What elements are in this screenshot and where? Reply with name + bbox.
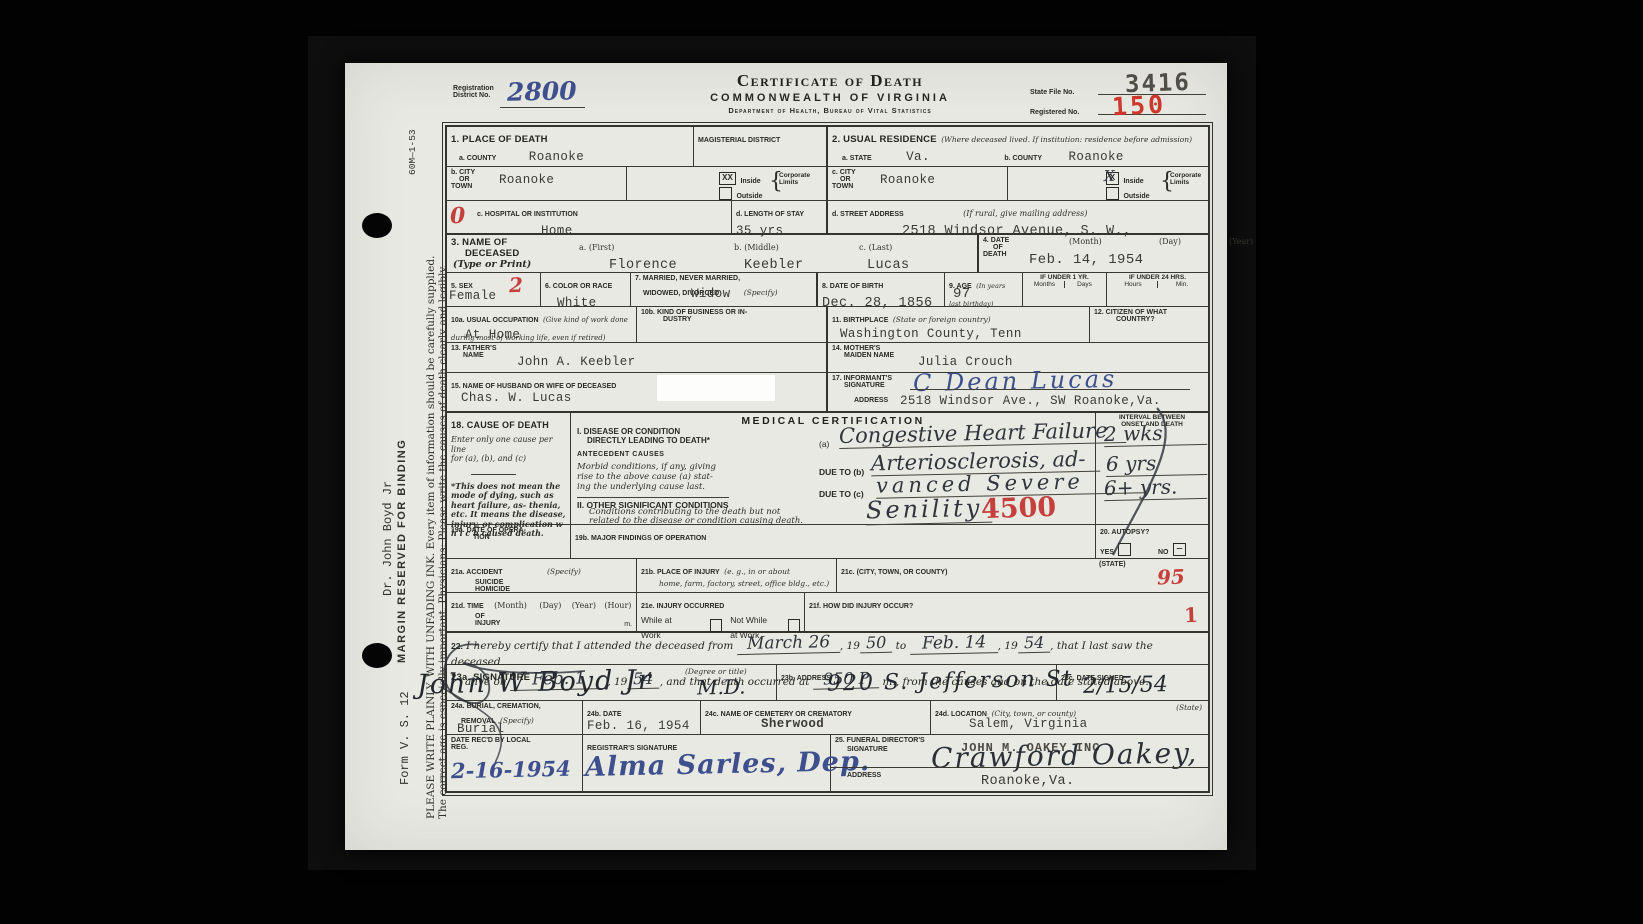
dod-l2: OF [993,244,1009,251]
registration-label: Registration [453,85,494,92]
name-deceased-l2: DECEASED [465,248,571,259]
interval-cell: INTERVAL BETWEEN ONSET AND DEATH 2 wks 6… [1096,413,1208,524]
dod-month-label: (Month) [1069,237,1102,246]
interval-a-value: 2 wks [1104,420,1208,447]
burial-l1: 24a. BURIAL, CREMATION, [451,703,578,710]
funeral-director-l2: SIGNATURE [847,746,888,753]
city-residence-value: Roanoke [880,173,935,187]
burial-date-cell: 24b. DATE Feb. 16, 1954 [583,701,701,734]
informant-cell: 17. INFORMANT'S SIGNATURE C Dean Lucas A… [828,373,1208,411]
autopsy-yes-label: YES [1100,549,1114,556]
birthplace-note: (State or foreign country) [893,315,991,324]
injury-occurred-label: 21e. INJURY OCCURRED [641,603,724,610]
disease-l2: DIRECTLY LEADING TO DEATH* [587,436,710,445]
magisterial-district-label: MAGISTERIAL DISTRICT [698,137,780,144]
physician-address-value: 920 S. Jefferson St [827,666,1074,696]
antecedent-label: ANTECEDENT CAUSES [577,451,664,458]
birthplace-cell: 11. BIRTHPLACE (State or foreign country… [828,307,1090,342]
accident-cell: 21a. ACCIDENT (Specify) SUICIDE HOMICIDE [447,559,637,592]
certify-v3: Feb. 14 [909,632,998,655]
row-place-residence: 1. PLACE OF DEATH a. COUNTY Roanoke MAGI… [447,127,1208,167]
marital-specify: (Specify) [744,288,778,297]
injury-city-state-cell: 21c. (CITY, TOWN, OR COUNTY) (STATE) 95 [837,559,1208,592]
punch-hole-top [362,213,392,238]
row-physician-signature: 23a. SIGNATURE (Degree or title) John W … [447,665,1208,701]
sex-red-code: 2 [509,273,524,297]
middle-name-value: Keebler [744,258,804,273]
corporate-label-death: Corporate [779,172,810,179]
age-cell: 9. AGE (In years last birthday) 97 [945,273,1023,306]
under-1yr-cell: IF UNDER 1 YR. Months Days [1023,273,1107,306]
citizen-l1: 12. CITIZEN OF WHAT [1094,309,1204,316]
row-injury-details: 21d. TIME (Month) (Day) (Year) (Hour) OF… [447,593,1208,633]
registered-no-label: Registered No. [1030,109,1079,116]
certify-t3: to [896,640,907,652]
date-of-death-cell: 4. DATE OF DEATH (Month) (Day) (Year) Fe… [979,235,1208,272]
place-of-death-cell: 1. PLACE OF DEATH a. COUNTY Roanoke [447,127,694,166]
inside-handwritten-x: X [1104,167,1115,185]
place-of-death-label: 1. PLACE OF DEATH [451,134,548,145]
major-findings-label: 19b. MAJOR FINDINGS OF OPERATION [575,535,706,542]
citizen-cell: 12. CITIZEN OF WHAT COUNTRY? [1090,307,1208,342]
operation-l1: 19a. DATE OF OPERA- [451,527,566,534]
physician-signature-value: John W Boyd Jr [417,665,653,701]
burial-value: Burial [457,722,504,736]
how-injury-label: 21f. HOW DID INJURY OCCUR? [809,603,913,610]
under-24hr-min: Min. [1158,281,1206,288]
county-a-value: Roanoke [529,150,584,164]
autopsy-yes-checkbox [1118,543,1131,556]
row-name-date-death: 3. NAME OF DECEASED (Type or Print) a. (… [447,235,1208,273]
under-24hr-hours: Hours [1109,281,1158,288]
certify-t1: I hereby certify that I attended the dec… [466,640,733,652]
district-no-label: District No. [453,92,494,99]
citizen-l2: COUNTRY? [1116,316,1204,323]
date-recd-l2: REG. [451,744,578,751]
informant-address-value: 2518 Windsor Ave., SW Roanoke,Va. [900,394,1161,408]
injury-red-code: 95 [1157,565,1186,590]
usual-residence-note: (Where deceased lived. If institution: r… [941,135,1192,144]
not-while-checkbox [788,619,801,632]
under-24hr-cell: IF UNDER 24 HRS. Hours Min. [1107,273,1208,306]
hospital-cell: 0 c. HOSPITAL OR INSTITUTION Home [447,201,732,233]
registrar-signature-cell: REGISTRAR'S SIGNATURE Alma Sarles, Dep. [583,735,831,791]
name-deceased-l1: 3. NAME OF [451,237,571,248]
margin-note-line1: PLEASE WRITE PLAINLY, WITH UNFADING INK.… [425,256,437,819]
accident-l3: HOMICIDE [475,586,632,593]
father-l1: 13. FATHER'S [451,345,822,352]
middle-name-cell: b. (Middle) Keebler [730,235,855,272]
row-certify-statement: 22. I hereby certify that I attended the… [447,633,1208,665]
funeral-director-l1: 25. FUNERAL DIRECTOR'S [835,737,925,744]
informant-sig-underline [910,389,1190,390]
time-injury-hour: (Hour) [604,601,631,610]
operation-l2: TION [473,534,566,541]
under-24hr-label: IF UNDER 24 HRS. [1109,274,1206,281]
under-1yr-label: IF UNDER 1 YR. [1025,274,1104,281]
date-signed-cell: 23c. DATE SIGNED 2/15/54 [1057,665,1208,700]
redaction-patch [657,375,775,401]
father-value: John A. Keebler [517,355,636,369]
date-operation-cell: 19a. DATE OF OPERA- TION [447,525,571,558]
dob-label: 8. DATE OF BIRTH [822,283,883,290]
corporate-limits-death-cell: XX Inside Outside { Corporate Limits [627,167,828,200]
margin-doctor-name: Dr. John Boyd Jr [381,481,395,596]
county-b-label: b. COUNTY [1004,155,1042,162]
time-injury-l3: INJURY [475,620,632,627]
marital-l1: 7. MARRIED, NEVER MARRIED, [635,275,812,282]
certificate-header: Registration District No. 2800 Certifica… [445,71,1210,125]
cause-divider [471,474,516,475]
commonwealth-subtitle: COMMONWEALTH OF VIRGINIA [650,92,1010,104]
burial-type-cell: 24a. BURIAL, CREMATION, REMOVAL (Specify… [447,701,583,734]
funeral-address-value: Roanoke,Va. [981,774,1075,789]
outside-checkbox-death [719,187,732,200]
occupation-cell: 10a. USUAL OCCUPATION (Give kind of work… [447,307,637,342]
inside-label-death: Inside [740,178,760,185]
dod-l1: 4. DATE [983,237,1009,244]
hospital-red-code: 0 [450,203,466,230]
margin-form-number: Form V. S. 12 [398,691,412,785]
spouse-label: 15. NAME OF HUSBAND OR WIFE OF DECEASED [451,383,616,390]
under-1yr-months: Months [1025,281,1065,288]
time-injury-l1: 21d. TIME [451,603,484,610]
certify-v4: 54 [1018,633,1051,654]
outside-checkbox-residence [1106,187,1119,200]
physician-address-cell: 23b. ADDRESS 920 S. Jefferson St [777,665,1057,700]
autopsy-no-checkbox: — [1173,543,1186,556]
place-injury-note1: (e. g., in or about [724,567,790,576]
certify-v1: March 26 [736,632,840,655]
magisterial-district-cell: MAGISTERIAL DISTRICT [694,127,828,166]
other-condition-red-code: 4500 [980,492,1056,526]
date-of-birth-cell: 8. DATE OF BIRTH Dec. 28, 1856 [818,273,945,306]
sex-cell: 5. SEX 2 Female [447,273,541,306]
burial-date-value: Feb. 16, 1954 [587,719,690,733]
state-file-label: State File No. [1030,89,1074,96]
last-name-value: Lucas [867,258,910,273]
spouse-value: Chas. W. Lucas [461,391,572,405]
physician-degree-value: M.D. [697,674,746,699]
date-recd-l1: DATE REC'D BY LOCAL [451,737,578,744]
age-value: 97 [953,286,971,302]
disease-l1: I. DISEASE OR CONDITION [577,427,680,436]
morbid-line3: ing the underlying cause last. [577,483,705,493]
time-injury-month: (Month) [494,601,527,610]
not-while-l1: Not While [730,615,787,625]
length-of-stay-cell: d. LENGTH OF STAY 35 yrs [732,201,828,233]
certificate-form: 1. PLACE OF DEATH a. COUNTY Roanoke MAGI… [445,125,1210,793]
limits-label-death: Limits [779,179,810,186]
date-signed-value: 2/15/54 [1083,672,1168,699]
sex-value: Female [449,289,496,303]
injury-occurred-cell: 21e. INJURY OCCURRED While at Work Not W… [637,593,805,631]
cause-note1b: for (a), (b), and (c) [451,454,566,464]
row-injury-type: 21a. ACCIDENT (Specify) SUICIDE HOMICIDE… [447,559,1208,593]
mother-l1: 14. MOTHER'S [832,345,1204,352]
place-injury-label: 21b. PLACE OF INJURY [641,569,720,576]
mother-l2: MAIDEN NAME [844,352,1204,359]
row-registrar-funeral: DATE REC'D BY LOCAL REG. 2-16-1954 REGIS… [447,735,1208,791]
informant-address-label: ADDRESS [854,397,888,404]
date-received-cell: DATE REC'D BY LOCAL REG. 2-16-1954 [447,735,583,791]
hospital-label: c. HOSPITAL OR INSTITUTION [477,211,578,218]
birthplace-label: 11. BIRTHPLACE [832,317,888,324]
cause-a-label: (a) [819,439,829,449]
injury-city-label: 21c. (CITY, TOWN, OR COUNTY) [841,569,947,576]
due-to-c-label: DUE TO (c) [819,489,864,499]
date-of-death-value: Feb. 14, 1954 [1029,252,1143,268]
limits-label-residence: Limits [1170,179,1201,186]
length-of-stay-label: d. LENGTH OF STAY [736,211,804,218]
burial-date-label: 24b. DATE [587,711,622,718]
time-of-injury-cell: 21d. TIME (Month) (Day) (Year) (Hour) OF… [447,593,637,631]
informant-signature: C Dean Lucas [913,365,1118,397]
occupation-value: At Home [465,328,520,342]
cause-of-death-label: 18. CAUSE OF DEATH [451,420,549,430]
punch-hole-bottom [362,643,392,668]
accident-specify: (Specify) [547,567,581,576]
inside-checkbox-death: XX [719,172,736,185]
county-b-value: Roanoke [1069,150,1124,164]
row-occupation-birthplace: 10a. USUAL OCCUPATION (Give kind of work… [447,307,1208,343]
race-cell: 6. COLOR OR RACE White [541,273,631,306]
department-line: Department of Health, Bureau of Vital St… [650,106,1010,115]
medical-certification-cell: MEDICAL CERTIFICATION I. DISEASE OR COND… [571,413,1096,524]
burial-specify: (Specify) [500,716,534,725]
physician-signature-cell: 23a. SIGNATURE (Degree or title) John W … [447,665,777,700]
cemetery-value: Sherwood [761,717,824,731]
interval-b-value: 6 yrs [1106,450,1207,477]
cemetery-cell: 24c. NAME OF CEMETERY OR CREMATORY Sherw… [701,701,931,734]
corporate-limits-residence-cell: X Inside X Outside { Corporate Limits [1008,167,1208,200]
street-address-cell: d. STREET ADDRESS (If rural, give mailin… [828,201,1208,233]
certify-v2: 50 [860,633,893,654]
row-operation-autopsy: 19a. DATE OF OPERA- TION 19b. MAJOR FIND… [447,525,1208,559]
location-state-label: (State) [1176,703,1202,712]
street-address-note: (If rural, give mailing address) [963,209,1087,218]
row-spouse-informant: 15. NAME OF HUSBAND OR WIFE OF DECEASED … [447,373,1208,413]
while-at-work-l1: While at [641,615,710,625]
funeral-address-label: ADDRESS [847,772,881,779]
certificate-title: Certificate of Death [650,71,1010,91]
other-condition-value: Senility [866,494,993,526]
time-injury-year: (Year) [572,601,596,610]
usual-residence-label: 2. USUAL RESIDENCE [832,134,937,145]
funeral-director-cell: 25. FUNERAL DIRECTOR'S SIGNATURE JOHN M.… [831,735,1208,791]
outside-label-death: Outside [736,193,762,200]
father-cell: 13. FATHER'S NAME John A. Keebler [447,343,828,372]
row-hospital-street: 0 c. HOSPITAL OR INSTITUTION Home d. LEN… [447,201,1208,235]
injury-state-label: (STATE) [1099,561,1126,568]
date-received-value: 2-16-1954 [451,756,571,784]
business-label: 10b. KIND OF BUSINESS OR IN- [641,309,822,316]
usual-residence-cell: 2. USUAL RESIDENCE (Where deceased lived… [828,127,1208,166]
due-to-b-label: DUE TO (b) [819,467,864,477]
registrar-signature-value: Alma Sarles, Dep. [585,746,871,783]
cause-a-value: Congestive Heart Failure [839,418,1126,449]
death-certificate-page: 60M—1-53 PLEASE WRITE PLAINLY, WITH UNFA… [345,63,1227,850]
street-address-label: d. STREET ADDRESS [832,211,904,218]
margin-print-code: 60M—1-53 [407,129,418,175]
name-deceased-l3: (Type or Print) [453,259,571,270]
marital-value: Widow [691,287,731,301]
first-name-cell: a. (First) Florence [575,235,730,272]
last-name-cell: c. (Last) Lucas [855,235,979,272]
business-cell: 10b. KIND OF BUSINESS OR IN- DUSTRY [637,307,828,342]
state-label: a. STATE [842,155,872,162]
autopsy-cell: 20. AUTOPSY? YES NO — [1096,525,1208,558]
accident-l1: 21a. ACCIDENT [451,569,502,576]
name-of-deceased-label-cell: 3. NAME OF DECEASED (Type or Print) [447,235,575,272]
row-sex-race-birth: 5. SEX 2 Female 6. COLOR OR RACE White 7… [447,273,1208,307]
city-death-value: Roanoke [499,173,554,187]
autopsy-no-label: NO [1158,549,1169,556]
cause-of-death-cell: 18. CAUSE OF DEATH Enter only one cause … [447,413,571,524]
physician-address-label: 23b. ADDRESS [781,675,831,682]
inside-label-residence: Inside [1123,178,1143,185]
dod-year-label: (Year) [1229,237,1253,246]
place-injury-note2: home, farm, factory, street, office bldg… [659,579,832,588]
middle-name-label: b. (Middle) [734,243,779,252]
how-injury-cell: 21f. HOW DID INJURY OCCUR? 1 [805,593,1208,631]
how-injury-red-code: 1 [1184,603,1199,627]
margin-binding-label: MARGIN RESERVED FOR BINDING [396,439,408,663]
row-medical-certification: 18. CAUSE OF DEATH Enter only one cause … [447,413,1208,525]
certify-num: 22. [451,641,463,651]
marital-cell: 7. MARRIED, NEVER MARRIED, WIDOWED, DIVO… [631,273,818,306]
last-name-label: c. (Last) [859,243,892,252]
time-injury-day: (Day) [539,601,561,610]
occupation-label: 10a. USUAL OCCUPATION [451,317,539,324]
major-findings-cell: 19b. MAJOR FINDINGS OF OPERATION [571,525,1096,558]
burial-location-cell: 24d. LOCATION (City, town, or county) (S… [931,701,1208,734]
accident-l2: SUICIDE [475,579,632,586]
place-of-injury-cell: 21b. PLACE OF INJURY (e. g., in or about… [637,559,837,592]
first-name-value: Florence [609,258,677,273]
outside-label-residence: Outside [1123,193,1149,200]
first-name-label: a. (First) [579,243,614,252]
time-injury-l2: OF [475,613,632,620]
business-label2: DUSTRY [663,316,822,323]
city-town-death-cell: b. CITY OR TOWN Roanoke [447,167,627,200]
time-injury-m: m. [624,621,632,628]
certify-t4: , 19 [998,640,1018,652]
row-burial: 24a. BURIAL, CREMATION, REMOVAL (Specify… [447,701,1208,735]
dod-l3: DEATH [983,251,1009,258]
city-town-residence-cell: c. CITY OR TOWN Roanoke [828,167,1008,200]
state-value: Va. [906,150,930,164]
district-underline [500,107,585,108]
spouse-cell: 15. NAME OF HUSBAND OR WIFE OF DECEASED … [447,373,828,411]
under-1yr-days: Days [1065,281,1104,288]
race-label: 6. COLOR OR RACE [545,283,612,290]
certify-cell: 22. I hereby certify that I attended the… [447,633,1208,664]
county-a-label: a. COUNTY [459,155,496,162]
dod-day-label: (Day) [1159,237,1181,246]
while-at-work-checkbox [710,619,723,632]
corporate-label-residence: Corporate [1170,172,1201,179]
registration-district-value: 2800 [507,76,577,106]
row-city-town: b. CITY OR TOWN Roanoke XX Inside Outsid… [447,167,1208,201]
autopsy-label: 20. AUTOPSY? [1100,529,1204,536]
cause-note1: Enter only one cause per line [451,435,566,454]
birthplace-value: Washington County, Tenn [840,327,1022,341]
location-value: Salem, Virginia [969,717,1088,731]
interval-c-value: 6+ yrs. [1104,474,1208,501]
certify-t2: , 19 [840,640,860,652]
registered-no-value: 150 [1111,90,1167,122]
